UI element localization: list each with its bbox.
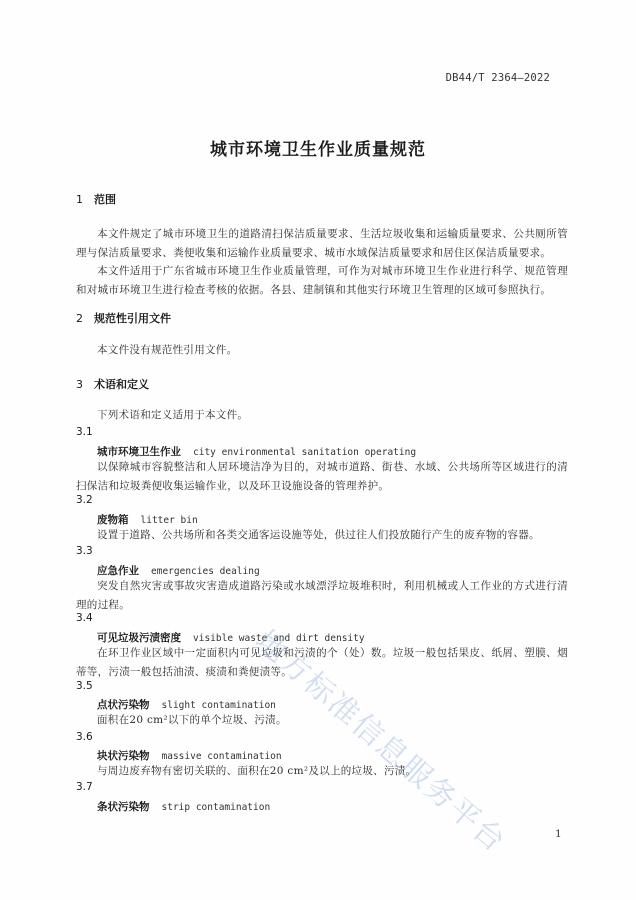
term-name-cn: 点状污染物 bbox=[97, 699, 150, 711]
term-name-en: visible waste and dirt density bbox=[193, 633, 365, 644]
term-name-en: strip contamination bbox=[162, 802, 271, 813]
normative-references-paragraph: 本文件没有规范性引用文件。 bbox=[76, 341, 568, 360]
term-definition: 设置于道路、公共场所和各类交通客运设施等处，供过往人们投放随行产生的废弃物的容器… bbox=[76, 526, 568, 545]
standard-code: DB44/T 2364—2022 bbox=[446, 72, 550, 84]
term-name: 块状污染物massive contamination bbox=[97, 748, 282, 763]
section-heading-terms: 3术语和定义 bbox=[76, 376, 149, 392]
term-name-en: massive contamination bbox=[162, 751, 282, 762]
term-name-cn: 条状污染物 bbox=[97, 801, 150, 813]
term-name: 应急作业emergencies dealing bbox=[97, 563, 260, 578]
section-heading-scope: 1范围 bbox=[76, 191, 116, 207]
term-number: 3.3 bbox=[76, 545, 93, 557]
term-name-en: city environmental sanitation operating bbox=[193, 447, 416, 458]
term-number: 3.2 bbox=[76, 494, 93, 506]
term-definition: 以保障城市容貌整洁和人居环境洁净为目的，对城市道路、街巷、水域、公共场所等区域进… bbox=[76, 458, 568, 496]
term-name-cn: 应急作业 bbox=[97, 565, 139, 577]
scope-paragraph-2: 本文件适用于广东省城市环境卫生作业质量管理，可作为对城市环境卫生作业进行科学、规… bbox=[76, 262, 568, 300]
term-number: 3.7 bbox=[76, 781, 93, 793]
term-number: 3.6 bbox=[76, 731, 93, 743]
term-definition: 突发自然灾害或事故灾害造成道路污染或水域漂浮垃圾堆积时，利用机械或人工作业的方式… bbox=[76, 577, 568, 615]
term-definition: 与周边废弃物有密切关联的、面积在20 cm²及以上的垃圾、污渍。 bbox=[76, 762, 568, 781]
page-number: 1 bbox=[555, 828, 562, 840]
term-definition: 面积在20 cm²以下的单个垃圾、污渍。 bbox=[76, 711, 568, 730]
section-title: 术语和定义 bbox=[94, 378, 149, 391]
terms-intro-paragraph: 下列术语和定义适用于本文件。 bbox=[76, 406, 568, 425]
section-number: 2 bbox=[76, 312, 94, 325]
term-name: 城市环境卫生作业city environmental sanitation op… bbox=[97, 444, 416, 459]
section-number: 1 bbox=[76, 193, 94, 206]
section-heading-normative-references: 2规范性引用文件 bbox=[76, 310, 171, 326]
term-name-cn: 块状污染物 bbox=[97, 750, 150, 762]
term-name-en: litter bin bbox=[141, 515, 198, 526]
term-number: 3.1 bbox=[76, 426, 93, 438]
section-number: 3 bbox=[76, 378, 94, 391]
term-name-cn: 废物箱 bbox=[97, 514, 129, 526]
term-name: 可见垃圾污渍密度visible waste and dirt density bbox=[97, 630, 365, 645]
term-name-cn: 可见垃圾污渍密度 bbox=[97, 632, 181, 644]
term-name: 废物箱litter bin bbox=[97, 512, 198, 527]
term-name-cn: 城市环境卫生作业 bbox=[97, 446, 181, 458]
term-number: 3.4 bbox=[76, 612, 93, 624]
term-definition: 在环卫作业区域中一定面积内可见垃圾和污渍的个（处）数。垃圾一般包括果皮、纸屑、塑… bbox=[76, 644, 568, 682]
scope-paragraph-1: 本文件规定了城市环境卫生的道路清扫保洁质量要求、生活垃圾收集和运输质量要求、公共… bbox=[76, 225, 568, 263]
section-title: 范围 bbox=[94, 193, 116, 206]
term-name: 条状污染物strip contamination bbox=[97, 799, 270, 814]
term-name: 点状污染物slight contamination bbox=[97, 697, 276, 712]
section-title: 规范性引用文件 bbox=[94, 312, 171, 325]
document-page: DB44/T 2364—2022 城市环境卫生作业质量规范 1范围 本文件规定了… bbox=[0, 0, 636, 900]
term-name-en: emergencies dealing bbox=[151, 566, 260, 577]
term-name-en: slight contamination bbox=[162, 700, 276, 711]
document-title: 城市环境卫生作业质量规范 bbox=[0, 135, 636, 160]
term-number: 3.5 bbox=[76, 680, 93, 692]
